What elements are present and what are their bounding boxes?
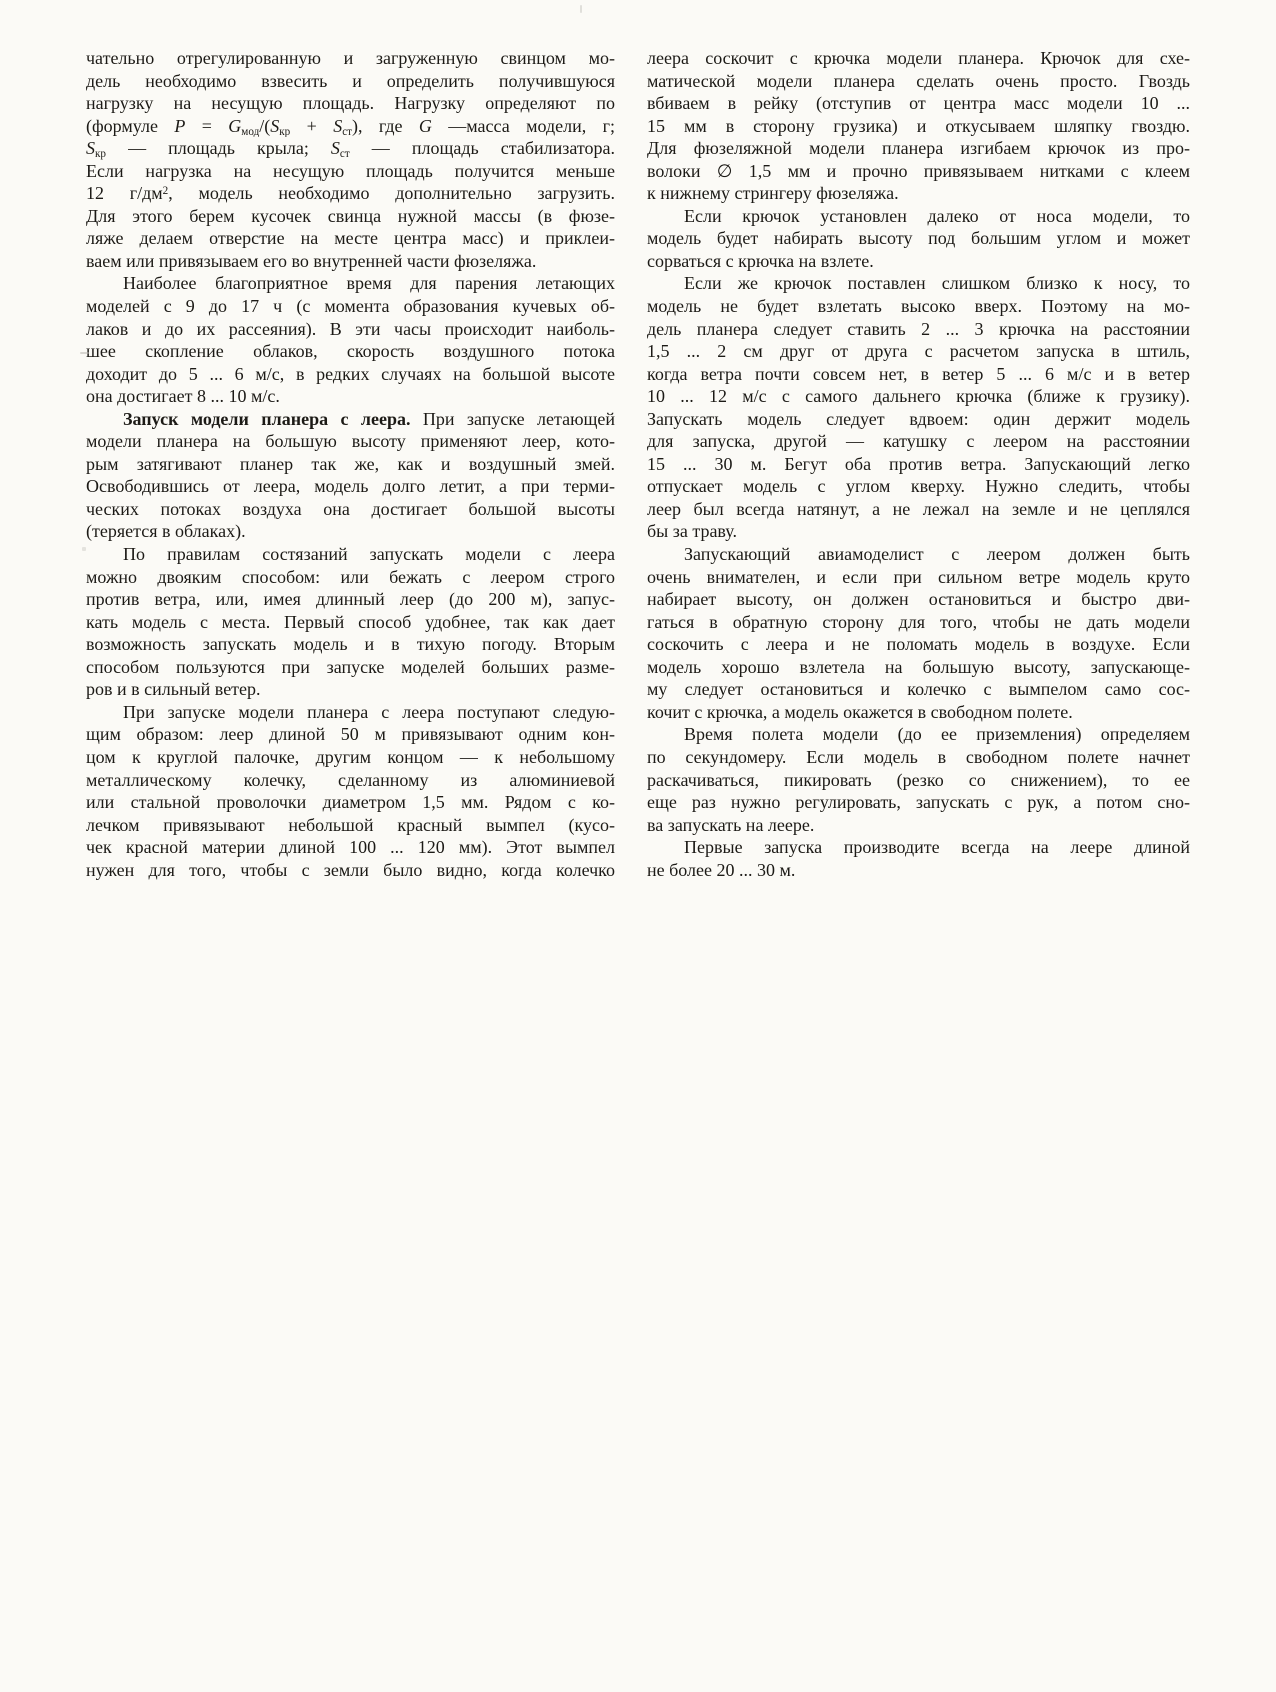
text-line: вбиваем в рейку (отступив от центра масс… xyxy=(647,92,1190,115)
text-line: дель необходимо взвесить и определить по… xyxy=(86,70,615,93)
text-line: чек красной материи длиной 100 ... 120 м… xyxy=(86,836,615,859)
text-line: матической модели планера сделать очень … xyxy=(647,70,1190,93)
text-line: ческих потоках воздуха она достигает бол… xyxy=(86,498,615,521)
text-line: леера соскочит с крючка модели планера. … xyxy=(647,47,1190,70)
text-line: Запускать модель следует вдвоем: один де… xyxy=(647,408,1190,431)
text-line: металлическому колечку, сделанному из ал… xyxy=(86,769,615,792)
text-line: раскачиваться, пикировать (резко со сниж… xyxy=(647,769,1190,792)
text-line: моделей с 9 до 17 ч (с момента образован… xyxy=(86,295,615,318)
text-line: набирает высоту, он должен остановиться … xyxy=(647,588,1190,611)
text-line: Sкр — площадь крыла; Sст — площадь стаби… xyxy=(86,137,615,160)
text-line: можно двояким способом: или бежать с лее… xyxy=(86,566,615,589)
paragraph: При запуске модели планера с леера посту… xyxy=(86,701,615,881)
text-line: Освободившись от леера, модель долго лет… xyxy=(86,475,615,498)
paragraph: Первые запуска производите всегда на лее… xyxy=(647,836,1190,881)
text-line: лечком привязывают небольшой красный вым… xyxy=(86,814,615,837)
text-line: для запуска, другой — катушку с леером н… xyxy=(647,430,1190,453)
text-column-right: леера соскочит с крючка модели планера. … xyxy=(647,47,1190,881)
text-line: 10 ... 12 м/с с самого дальнего крючка (… xyxy=(647,385,1190,408)
text-line: очень внимателен, и если при сильном вет… xyxy=(647,566,1190,589)
paragraph: леера соскочит с крючка модели планера. … xyxy=(647,47,1190,205)
text-line: Время полета модели (до ее приземления) … xyxy=(647,723,1190,746)
text-line: 15 ... 30 м. Бегут оба против ветра. Зап… xyxy=(647,453,1190,476)
paragraph: Запускающий авиамоделист с леером должен… xyxy=(647,543,1190,723)
text-line: шее скопление облаков, скорость воздушно… xyxy=(86,340,615,363)
text-line: ров и в сильный ветер. xyxy=(86,678,615,701)
text-line: или стальной проволочки диаметром 1,5 мм… xyxy=(86,791,615,814)
text-line: По правилам состязаний запускать модели … xyxy=(86,543,615,566)
text-line: 1,5 ... 2 см друг от друга с расчетом за… xyxy=(647,340,1190,363)
text-line: Наиболее благоприятное время для парения… xyxy=(86,272,615,295)
paragraph: Если же крючок поставлен слишком близко … xyxy=(647,272,1190,543)
text-line: Если нагрузка на несущую площадь получит… xyxy=(86,160,615,183)
text-line: гаться в обратную сторону для того, чтоб… xyxy=(647,611,1190,634)
text-line: ляже делаем отверстие на месте центра ма… xyxy=(86,227,615,250)
text-line: волоки ∅ 1,5 мм и прочно привязываем нит… xyxy=(647,160,1190,183)
text-line: модели планера на большую высоту применя… xyxy=(86,430,615,453)
text-line: Для этого берем кусочек свинца нужной ма… xyxy=(86,205,615,228)
text-line: дель планера следует ставить 2 ... 3 крю… xyxy=(647,318,1190,341)
text-column-left: чательно отрегулированную и загруженную … xyxy=(86,47,615,881)
text-line: модель не будет взлетать высоко вверх. П… xyxy=(647,295,1190,318)
text-line: цом к круглой палочке, другим концом — к… xyxy=(86,746,615,769)
text-line: способом пользуются при запуске моделей … xyxy=(86,656,615,679)
text-line: к нижнему стрингеру фюзеляжа. xyxy=(647,182,1190,205)
text-line: 15 мм в сторону грузика) и откусываем шл… xyxy=(647,115,1190,138)
text-line: возможность запускать модель и в тихую п… xyxy=(86,633,615,656)
text-line: При запуске модели планера с леера посту… xyxy=(86,701,615,724)
text-line: Запуск модели планера с леера. При запус… xyxy=(86,408,615,431)
scanned-page: чательно отрегулированную и загруженную … xyxy=(0,0,1276,1692)
text-line: ваем или привязываем его во внутренней ч… xyxy=(86,250,615,273)
text-line: отпускает модель с углом кверху. Нужно с… xyxy=(647,475,1190,498)
text-line: лаков и до их рассеяния). В эти часы про… xyxy=(86,318,615,341)
text-line: нагрузку на несущую площадь. Нагрузку оп… xyxy=(86,92,615,115)
scan-artifact xyxy=(580,5,582,13)
scan-artifact xyxy=(80,352,89,354)
scan-artifact xyxy=(82,547,86,551)
text-line: ва запускать на леере. xyxy=(647,814,1190,837)
text-line: модель хорошо взлетела на большую высоту… xyxy=(647,656,1190,679)
text-line: против ветра, или, имея длинный леер (до… xyxy=(86,588,615,611)
text-line: Первые запуска производите всегда на лее… xyxy=(647,836,1190,859)
paragraph: Наиболее благоприятное время для парения… xyxy=(86,272,615,407)
text-line: Если крючок установлен далеко от носа мо… xyxy=(647,205,1190,228)
text-line: му следует остановиться и колечко с вымп… xyxy=(647,678,1190,701)
text-line: Запускающий авиамоделист с леером должен… xyxy=(647,543,1190,566)
text-line: кать модель с места. Первый способ удобн… xyxy=(86,611,615,634)
text-line: Если же крючок поставлен слишком близко … xyxy=(647,272,1190,295)
text-line: еще раз нужно регулировать, запускать с … xyxy=(647,791,1190,814)
text-line: доходит до 5 ... 6 м/с, в редких случаях… xyxy=(86,363,615,386)
paragraph: Запуск модели планера с леера. При запус… xyxy=(86,408,615,543)
text-line: нужен для того, чтобы с земли было видно… xyxy=(86,859,615,882)
text-line: 12 г/дм2, модель необходимо дополнительн… xyxy=(86,182,615,205)
paragraph: Если крючок установлен далеко от носа мо… xyxy=(647,205,1190,273)
text-line: бы за траву. xyxy=(647,520,1190,543)
text-line: (формуле P = Gмод/(Sкр + Sст), где G —ма… xyxy=(86,115,615,138)
paragraph: По правилам состязаний запускать модели … xyxy=(86,543,615,701)
text-line: (теряется в облаках). xyxy=(86,520,615,543)
text-line: щим образом: леер длиной 50 м привязываю… xyxy=(86,723,615,746)
text-line: когда ветра почти совсем нет, в ветер 5 … xyxy=(647,363,1190,386)
text-line: леер был всегда натянут, а не лежал на з… xyxy=(647,498,1190,521)
paragraph: Время полета модели (до ее приземления) … xyxy=(647,723,1190,836)
text-line: по секундомеру. Если модель в свободном … xyxy=(647,746,1190,769)
text-line: рым затягивают планер так же, как и возд… xyxy=(86,453,615,476)
text-line: не более 20 ... 30 м. xyxy=(647,859,1190,882)
text-line: чательно отрегулированную и загруженную … xyxy=(86,47,615,70)
text-line: кочит с крючка, а модель окажется в своб… xyxy=(647,701,1190,724)
text-line: сорваться с крючка на взлете. xyxy=(647,250,1190,273)
text-line: соскочить с леера и не поломать модель в… xyxy=(647,633,1190,656)
text-line: она достигает 8 ... 10 м/с. xyxy=(86,385,615,408)
text-line: модель будет набирать высоту под большим… xyxy=(647,227,1190,250)
paragraph: чательно отрегулированную и загруженную … xyxy=(86,47,615,272)
text-line: Для фюзеляжной модели планера изгибаем к… xyxy=(647,137,1190,160)
